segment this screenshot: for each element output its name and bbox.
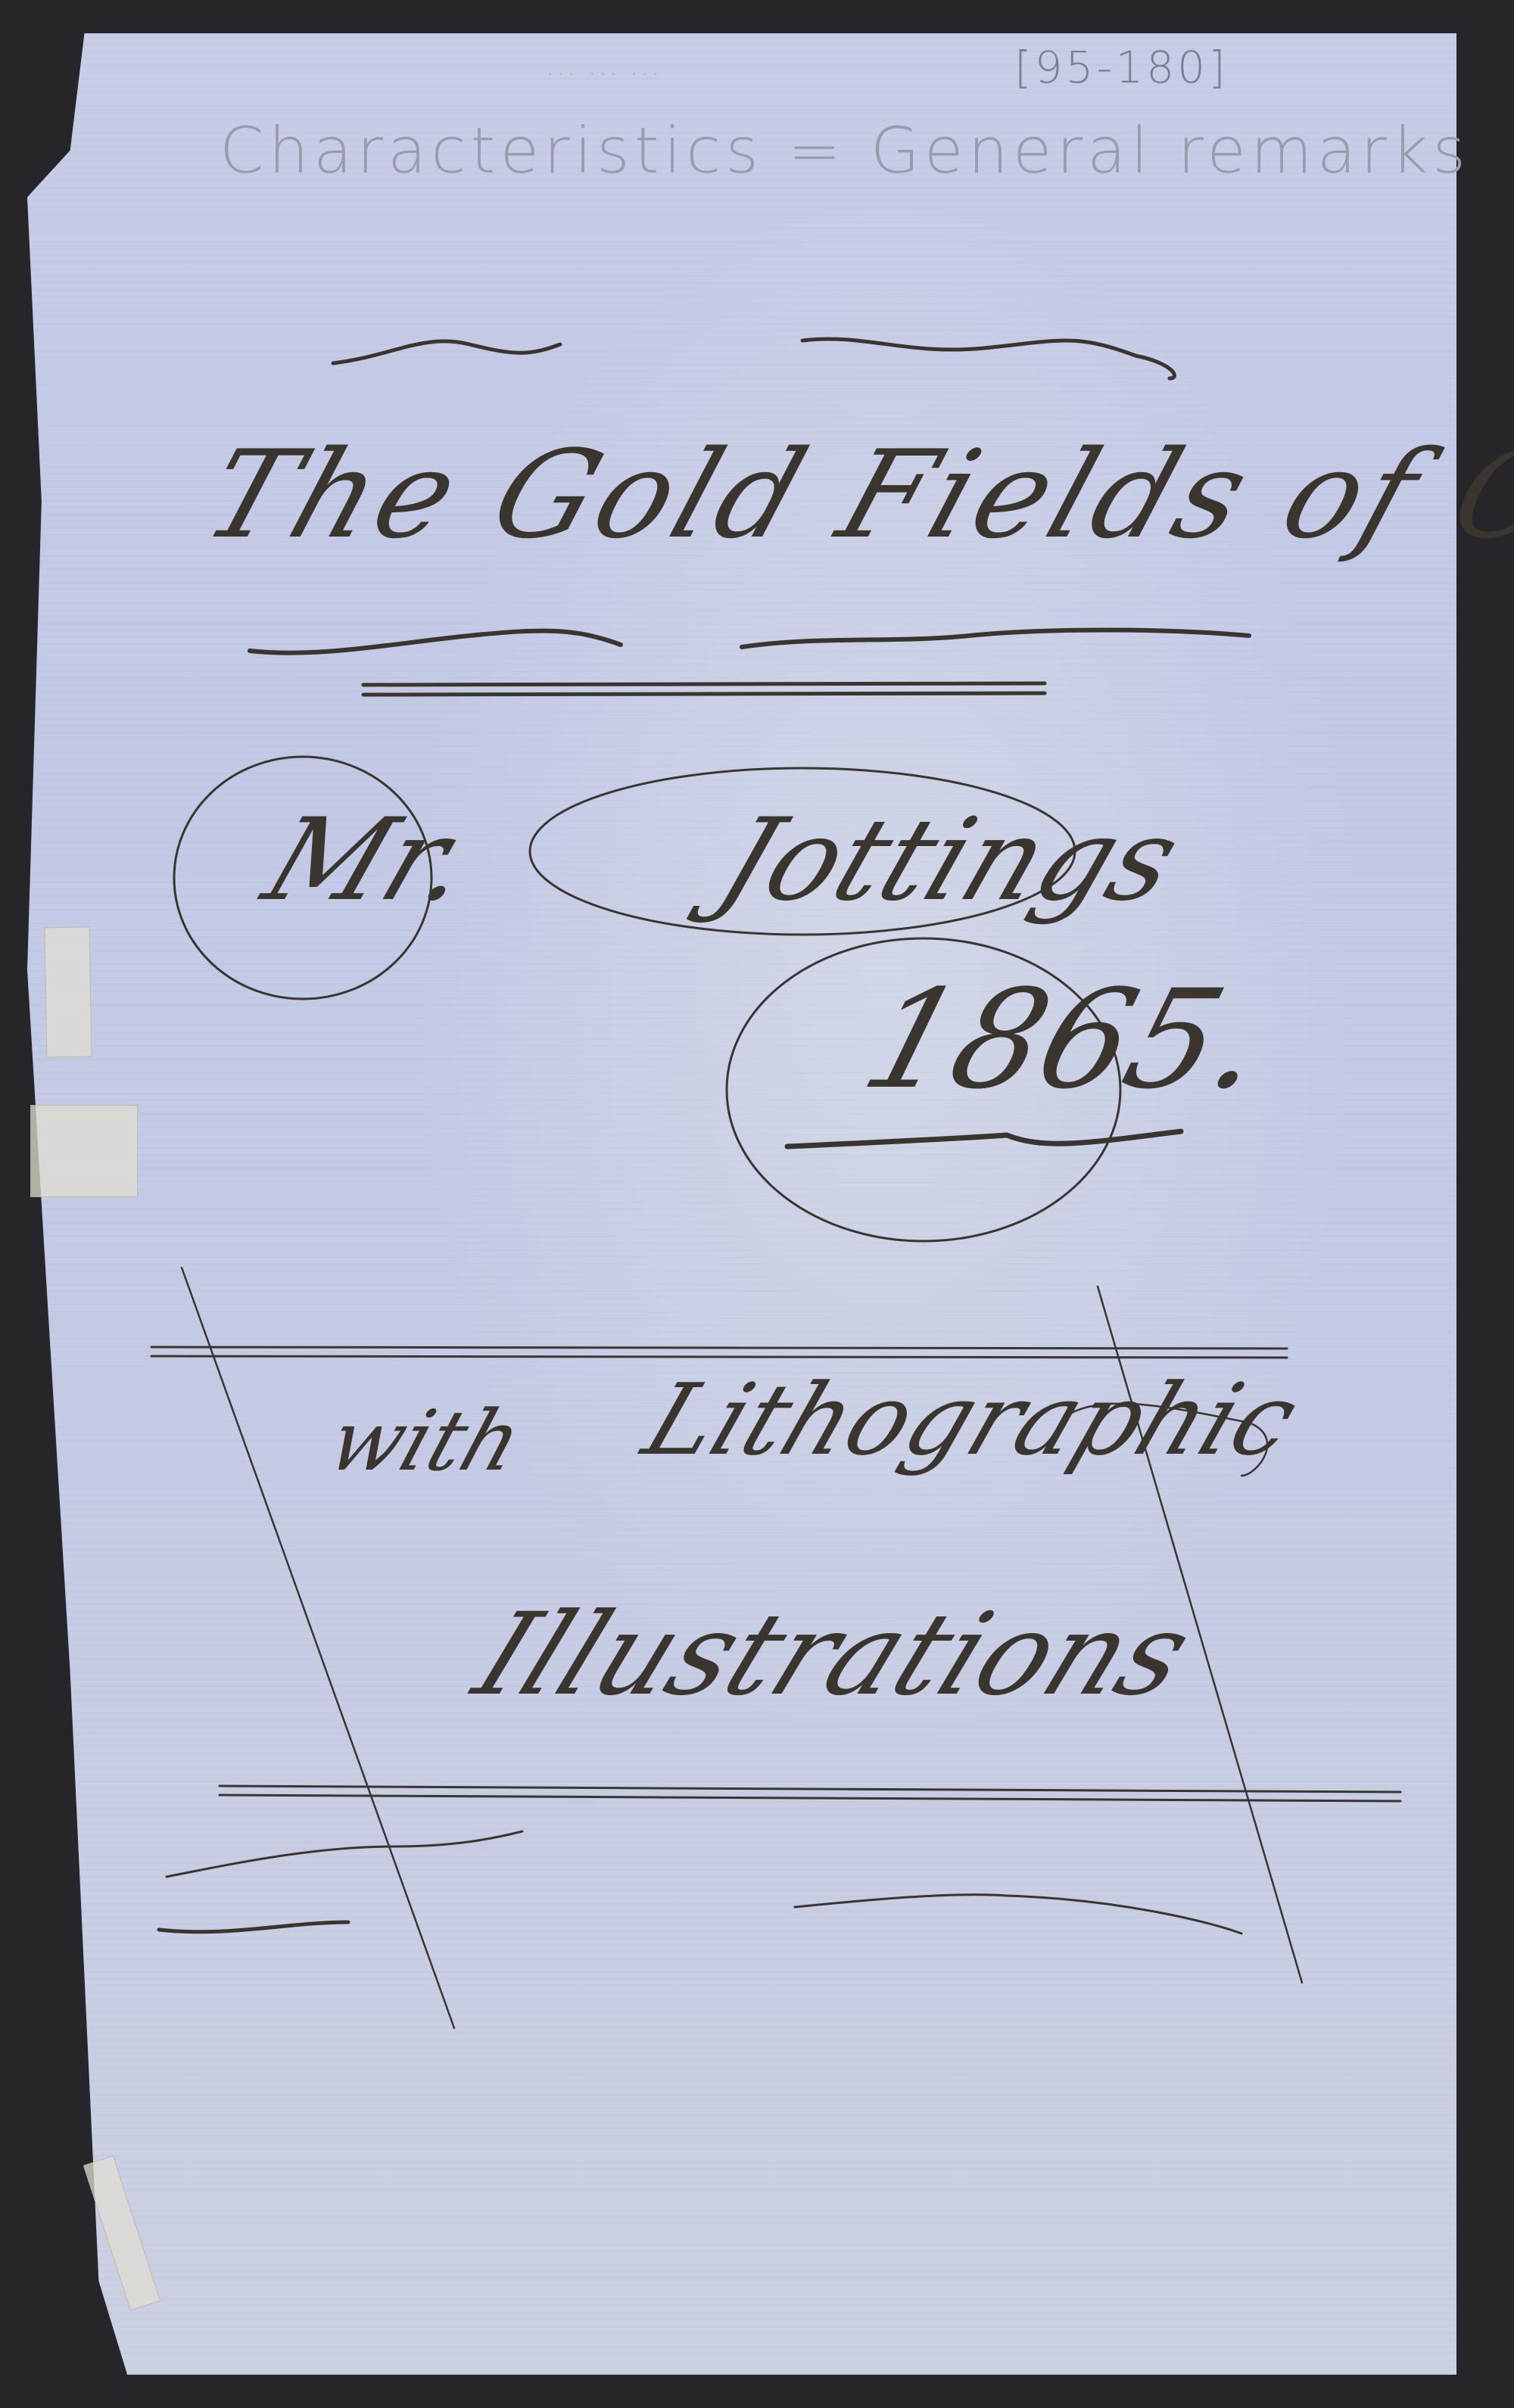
with-word: with (317, 1392, 534, 1489)
manuscript-sheet (27, 33, 1456, 2375)
illustrations-word: Illustrations (458, 1589, 1210, 1721)
year-1865: 1865. (848, 961, 1283, 1119)
jottings-word: Jottings (702, 795, 1196, 926)
lithographic-word: Lithographic (630, 1362, 1313, 1477)
title-gold-fields-of-otago: The Gold Fields of Otago, (189, 424, 1514, 565)
repair-tape-1 (45, 926, 92, 1057)
pencil-heading: Characteristics = General remarks (220, 114, 1470, 188)
faint-top-note: … … … (545, 45, 661, 82)
repair-tape-2 (30, 1105, 138, 1197)
reference-number: [95-180] (1014, 42, 1229, 93)
